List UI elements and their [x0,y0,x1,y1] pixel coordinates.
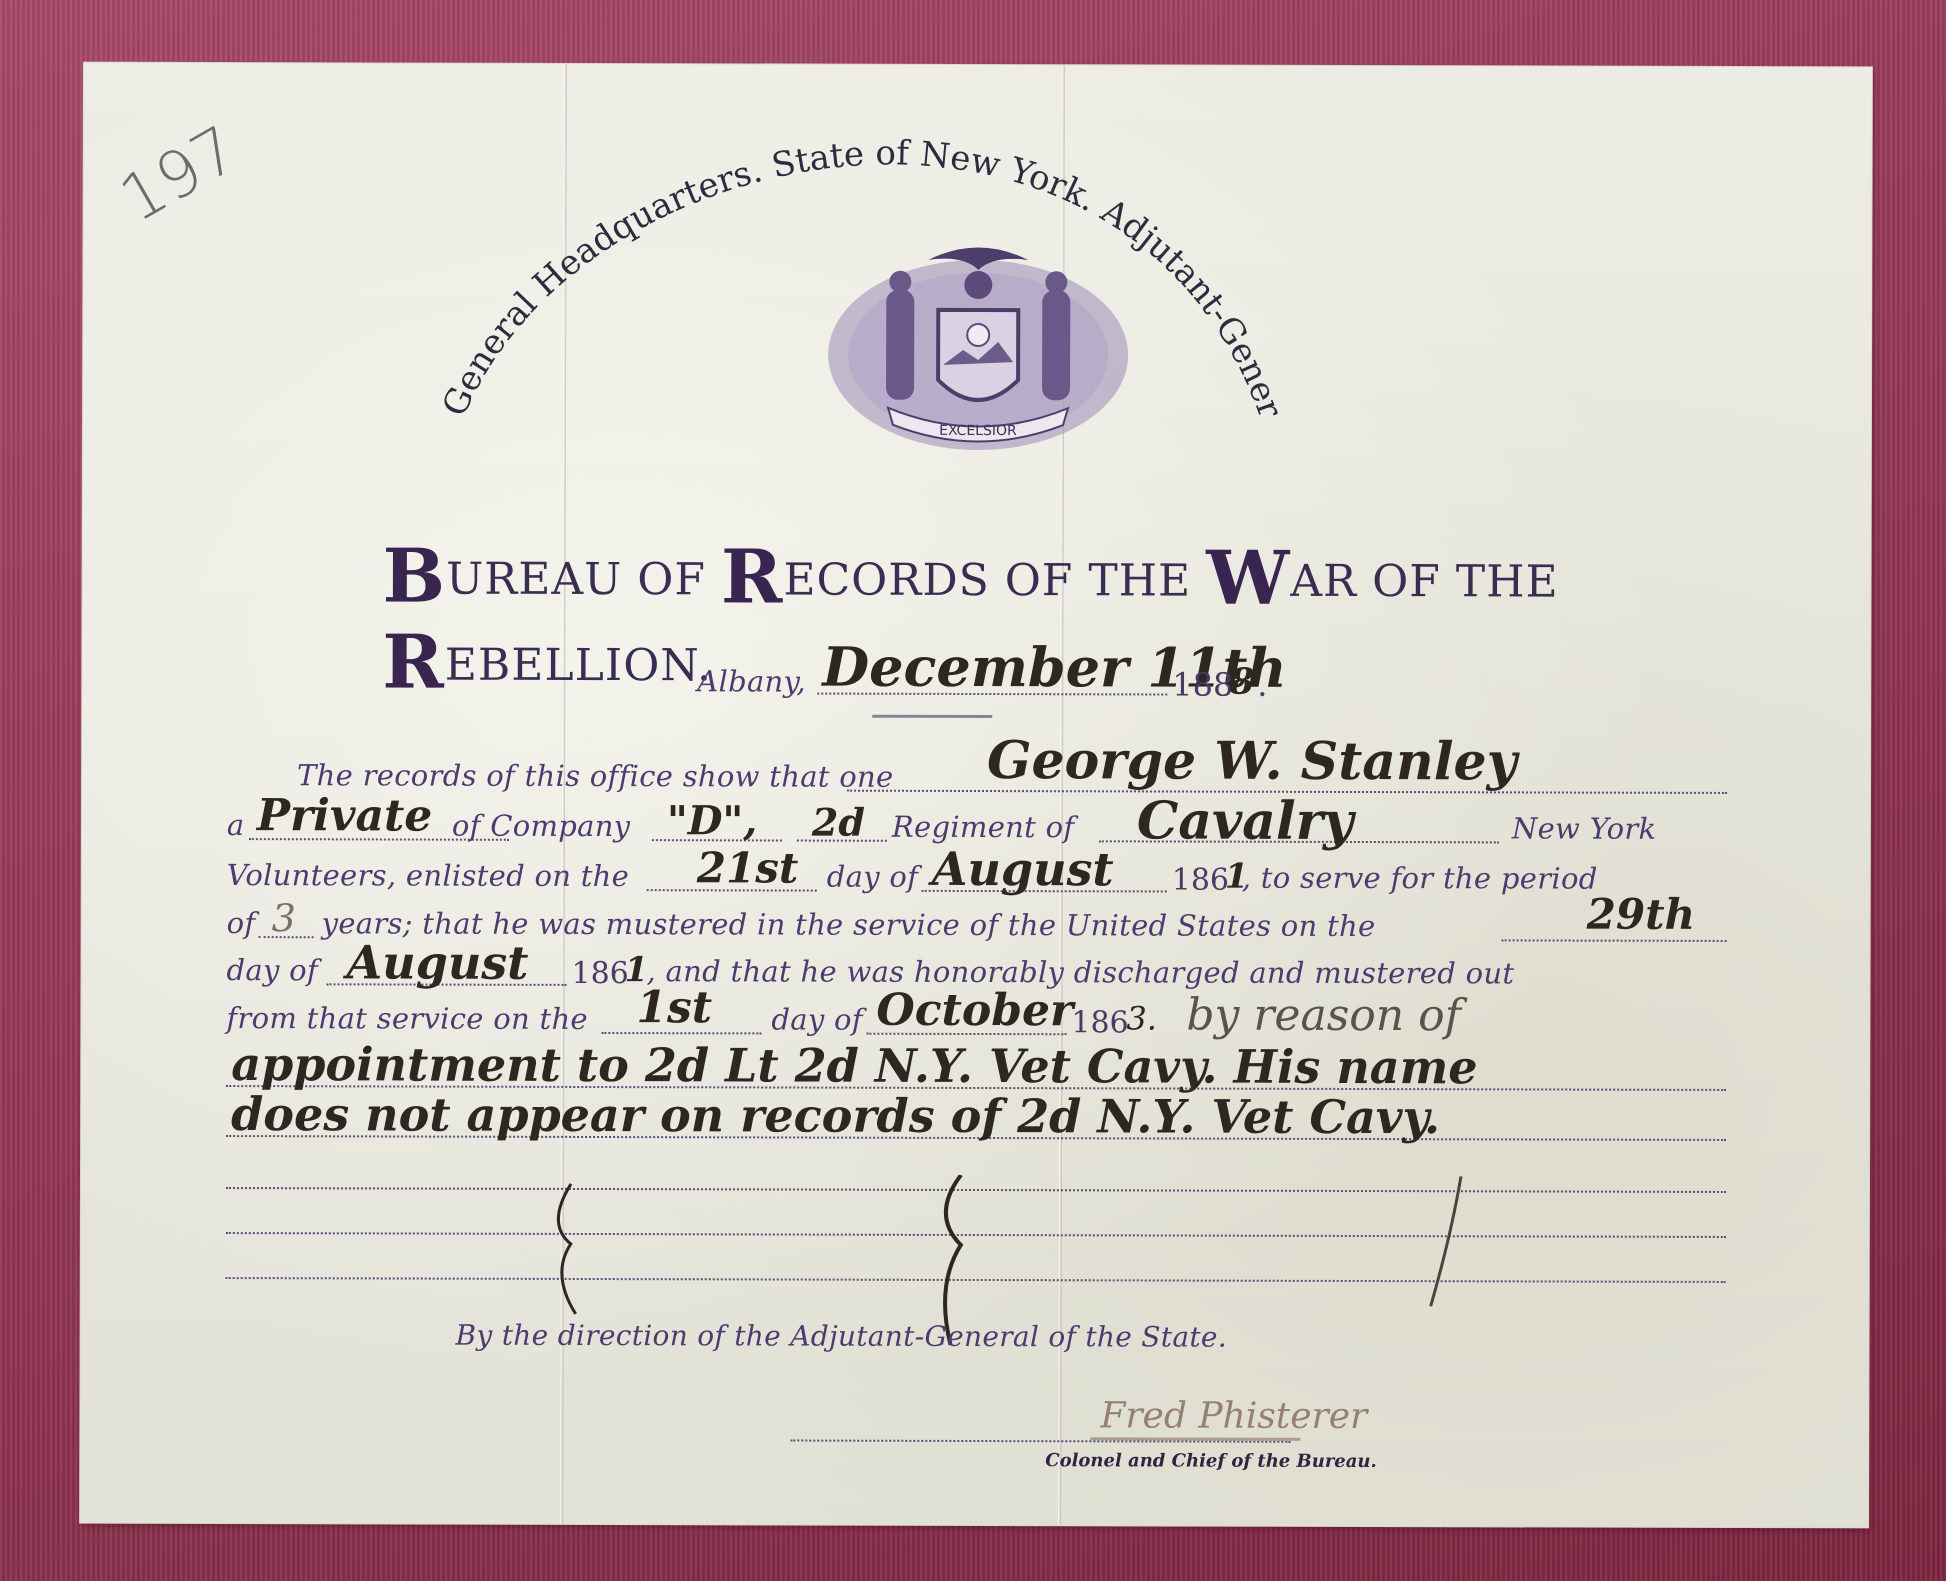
remark-text-2: does not appear on records of 2d N.Y. Ve… [231,1087,1440,1144]
service-years: 3 [272,896,296,940]
signature-underline [1090,1437,1300,1441]
discharge-month: October [876,985,1073,1037]
muster-month: August [346,935,528,989]
muster-day: 29th [1587,890,1696,939]
date-year-prefix: 188 [1172,666,1233,704]
body-line-3: Volunteers, enlisted on the 21st day of … [227,848,1727,898]
title-word: WAR OF THE [1206,556,1559,608]
remark-reason: by reason of [1186,990,1461,1042]
title-word: REBELLION. [382,639,712,691]
certificate-document: 197 General Headquarters. State of New Y… [80,63,1872,1528]
body-line-1: The records of this office show that one… [227,748,1727,798]
body-line-2: a Private of Company "D", 2d Regiment of… [227,798,1727,848]
discharge-year-suffix: 3. [1126,999,1157,1037]
date-year-suffix: 8 [1229,661,1254,703]
remark-text-1: appointment to 2d Lt 2d N.Y. Vet Cavy. H… [231,1037,1477,1094]
decorative-rule [872,715,992,718]
direction-statement: By the direction of the Adjutant-General… [456,1319,1227,1354]
place-label: Albany, [697,664,806,698]
soldier-name: George W. Stanley [987,730,1517,792]
ny-state-seal-icon: EXCELSIOR [818,230,1139,461]
enlist-day: 21st [697,843,799,892]
title-word: BUREAU OF [382,553,720,605]
regiment-number: 2d [812,800,865,845]
arm-of-service: Cavalry [1137,790,1354,852]
enlist-month: August [932,842,1114,896]
title-word: RECORDS OF THE [721,554,1206,606]
body-line-6: from that service on the 1st day of Octo… [226,991,1726,1041]
company: "D", [667,797,757,844]
seal-motto: EXCELSIOR [939,423,1017,439]
discharge-day: 1st [636,982,712,1033]
signature: Fred Phisterer [1100,1395,1367,1437]
remark-line-2: does not appear on records of 2d N.Y. Ve… [226,1091,1726,1141]
signatory-title: Colonel and Chief of the Bureau. [1045,1450,1377,1472]
remark-line-1: appointment to 2d Lt 2d N.Y. Vet Cavy. H… [226,1041,1726,1091]
rank: Private [257,790,433,841]
